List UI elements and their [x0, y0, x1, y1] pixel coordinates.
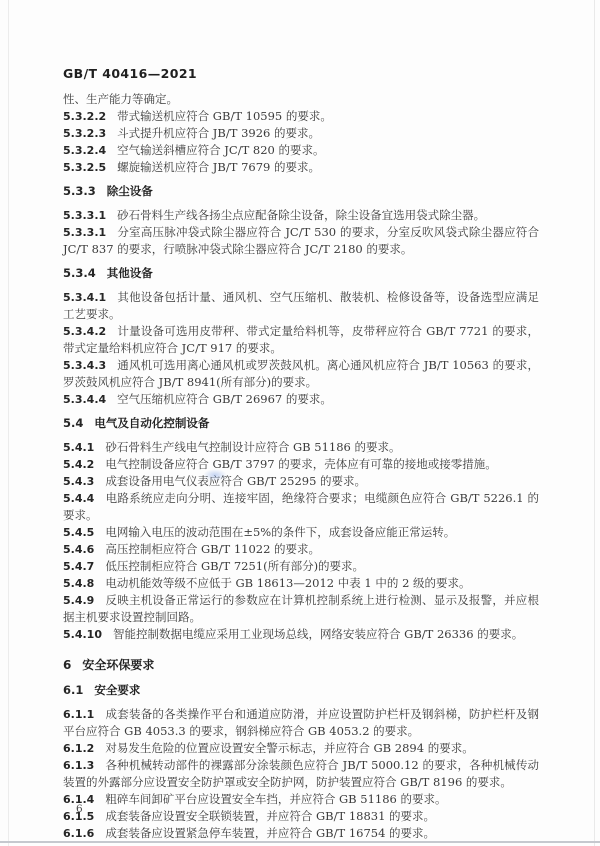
clause-text: 分室高压脉冲袋式除尘器应符合 JC/T 530 的要求，分室反吹风袋式除尘器应符… [63, 225, 539, 256]
clause-text: 计量设备可选用皮带秤、带式定量给料机等，皮带秤应符合 GB/T 7721 的要求… [63, 324, 539, 355]
clause-number: 5.4.7 [63, 560, 94, 573]
clause-text: 通风机可选用离心通风机或罗茨鼓风机。离心通风机应符合 JB/T 10563 的要… [63, 358, 539, 389]
clause: 5.4.8电动机能效等级不应低于 GB 18613—2012 中表 1 中的 2… [63, 575, 539, 592]
clause-number: 5.3.2.2 [63, 110, 106, 123]
scan-left-edge [8, 0, 9, 846]
clause-text: 空气压缩机应符合 GB/T 26967 的要求。 [117, 392, 332, 406]
clause-text: 除尘设备 [107, 184, 153, 198]
clause: 5.3.4.1其他设备包括计量、通风机、空气压缩机、散装机、检修设备等，设备选型… [63, 289, 539, 323]
clause-number: 5.4.4 [63, 492, 94, 505]
clause-text: 高压控制柜应符合 GB/T 11022 的要求。 [105, 542, 320, 556]
clause-text: 安全环保要求 [82, 658, 154, 672]
clause-number: 5.3.3 [63, 184, 96, 198]
clause-text: 对易发生危险的位置应设置安全警示标志，并应符合 GB 2894 的要求。 [105, 741, 473, 755]
clause: 6.1.5成套装备应设置安全联锁装置，并应符合 GB/T 18831 的要求。 [63, 808, 539, 825]
clause: 5.3.3.1砂石骨料生产线各扬尘点应配备除尘设备，除尘设备宜选用袋式除尘器。 [63, 207, 539, 224]
clause-text: 电气及自动化控制设备 [94, 416, 209, 430]
clause: 5.3.4.3通风机可选用离心通风机或罗茨鼓风机。离心通风机应符合 JB/T 1… [63, 357, 539, 391]
clause-number: 5.3.3.1 [63, 226, 106, 239]
clause: 5.4.9反映主机设备正常运行的参数应在计算机控制系统上进行检测、显示及报警，并… [63, 592, 539, 626]
clause-text: 各种机械转动部件的裸露部分涂装颜色应符合 JB/T 5000.12 的要求，各种… [63, 758, 539, 789]
clause-number: 5.4.10 [63, 628, 102, 641]
clause: 5.4.3成套设备用电气仪表应符合 GB/T 25295 的要求。 [63, 473, 539, 490]
clause: 性、生产能力等确定。 [63, 91, 539, 108]
clause-text: 成套装备应设置紧急停车装置，并应符合 GB/T 16754 的要求。 [105, 826, 435, 840]
clause-text: 成套装备的各类操作平台和通道应防滑，并应设置防护栏杆及钢斜梯，防护栏杆及钢平台应… [63, 707, 539, 738]
document-content: 性、生产能力等确定。5.3.2.2带式输送机应符合 GB/T 10595 的要求… [63, 91, 539, 842]
section-heading: 5.3.3除尘设备 [63, 183, 539, 200]
clause-text: 砂石骨料生产线电气控制设计应符合 GB 51186 的要求。 [105, 440, 400, 454]
clause-text: 其他设备包括计量、通风机、空气压缩机、散装机、检修设备等，设备选型应满足工艺要求… [63, 290, 539, 321]
clause-number: 5.3.4.3 [63, 359, 106, 372]
page-number: 6 [76, 803, 83, 815]
clause-number: 5.4.2 [63, 458, 94, 471]
clause-number: 6.1.2 [63, 742, 94, 755]
clause-text: 电路系统应走向分明、连接牢固，绝缘符合要求；电缆颜色应符合 GB/T 5226.… [63, 491, 539, 522]
clause-number: 5.4.9 [63, 594, 94, 607]
chapter-heading: 6安全环保要求 [63, 656, 539, 674]
clause-text: 粗碎车间卸矿平台应设置安全车挡，并应符合 GB 51186 的要求。 [105, 792, 446, 806]
clause: 5.3.2.5螺旋输送机应符合 JB/T 7679 的要求。 [63, 159, 539, 176]
clause-number: 5.4.1 [63, 441, 94, 454]
clause-number: 5.3.4.2 [63, 325, 106, 338]
clause: 5.3.4.2计量设备可选用皮带秤、带式定量给料机等，皮带秤应符合 GB/T 7… [63, 323, 539, 357]
clause: 6.1.2对易发生危险的位置应设置安全警示标志，并应符合 GB 2894 的要求… [63, 740, 539, 757]
clause: 5.4.10智能控制数据电缆应采用工业现场总线，网络安装应符合 GB/T 263… [63, 626, 539, 643]
clause-number: 5.3.2.3 [63, 127, 106, 140]
clause-number: 5.3.4.4 [63, 393, 106, 406]
clause: 5.4.4电路系统应走向分明、连接牢固，绝缘符合要求；电缆颜色应符合 GB/T … [63, 490, 539, 524]
clause: 5.3.2.3斗式提升机应符合 JB/T 3926 的要求。 [63, 125, 539, 142]
clause-number: 6.1.3 [63, 759, 94, 772]
clause: 5.4.6高压控制柜应符合 GB/T 11022 的要求。 [63, 541, 539, 558]
standard-number: GB/T 40416—2021 [63, 66, 197, 81]
clause-number: 6.1.1 [63, 708, 94, 721]
clause-text: 电网输入电压的波动范围在±5%的条件下，成套设备应能正常运转。 [105, 525, 455, 539]
clause-text: 安全要求 [94, 683, 140, 697]
scan-right-edge [594, 0, 595, 846]
clause-number: 5.3.4.1 [63, 291, 106, 304]
clause-text: 智能控制数据电缆应采用工业现场总线，网络安装应符合 GB/T 26336 的要求… [113, 627, 523, 641]
clause: 6.1.3各种机械转动部件的裸露部分涂装颜色应符合 JB/T 5000.12 的… [63, 757, 539, 791]
clause-number: 5.4.8 [63, 577, 94, 590]
clause: 5.3.4.4空气压缩机应符合 GB/T 26967 的要求。 [63, 391, 539, 408]
section-heading: 5.3.4其他设备 [63, 265, 539, 282]
clause: 5.3.2.4空气输送斜槽应符合 JC/T 820 的要求。 [63, 142, 539, 159]
clause-number: 5.3.3.1 [63, 209, 106, 222]
clause-text: 空气输送斜槽应符合 JC/T 820 的要求。 [117, 143, 324, 157]
clause-number: 6.1 [63, 683, 83, 697]
clause-text: 斗式提升机应符合 JB/T 3926 的要求。 [117, 126, 320, 140]
clause: 6.1.6成套装备应设置紧急停车装置，并应符合 GB/T 16754 的要求。 [63, 825, 539, 842]
clause: 5.4.1砂石骨料生产线电气控制设计应符合 GB 51186 的要求。 [63, 439, 539, 456]
clause: 5.4.5电网输入电压的波动范围在±5%的条件下，成套设备应能正常运转。 [63, 524, 539, 541]
clause: 6.1.4粗碎车间卸矿平台应设置安全车挡，并应符合 GB 51186 的要求。 [63, 791, 539, 808]
clause-text: 螺旋输送机应符合 JB/T 7679 的要求。 [117, 160, 320, 174]
clause-text: 电气控制设备应符合 GB/T 3797 的要求，壳体应有可靠的接地或接零措施。 [105, 457, 496, 471]
clause: 5.3.3.1分室高压脉冲袋式除尘器应符合 JC/T 530 的要求，分室反吹风… [63, 224, 539, 258]
clause-number: 6.1.6 [63, 827, 94, 840]
clause: 6.1.1成套装备的各类操作平台和通道应防滑，并应设置防护栏杆及钢斜梯，防护栏杆… [63, 706, 539, 740]
clause-text: 低压控制柜应符合 GB/T 7251(所有部分)的要求。 [105, 559, 364, 573]
clause-number: 5.4 [63, 416, 83, 430]
clause-number: 5.4.6 [63, 543, 94, 556]
clause-text: 砂石骨料生产线各扬尘点应配备除尘设备，除尘设备宜选用袋式除尘器。 [117, 208, 485, 222]
clause-text: 其他设备 [107, 266, 153, 280]
clause-text: 带式输送机应符合 GB/T 10595 的要求。 [117, 109, 332, 123]
clause-text: 电动机能效等级不应低于 GB 18613—2012 中表 1 中的 2 级的要求… [105, 576, 470, 590]
clause-number: 5.3.2.5 [63, 161, 106, 174]
clause-text: 成套装备应设置安全联锁装置，并应符合 GB/T 18831 的要求。 [105, 809, 435, 823]
section-heading: 5.4电气及自动化控制设备 [63, 415, 539, 432]
clause-number: 5.3.2.4 [63, 144, 106, 157]
clause-text: 反映主机设备正常运行的参数应在计算机控制系统上进行检测、显示及报警，并应根据主机… [63, 593, 539, 624]
clause-text: 性、生产能力等确定。 [63, 92, 178, 106]
clause: 5.4.7低压控制柜应符合 GB/T 7251(所有部分)的要求。 [63, 558, 539, 575]
section-heading: 6.1安全要求 [63, 682, 539, 699]
clause-number: 5.3.4 [63, 266, 96, 280]
clause-number: 5.4.5 [63, 526, 94, 539]
document-page: GB/T 40416—2021 性、生产能力等确定。5.3.2.2带式输送机应符… [0, 0, 600, 846]
clause-text: 成套设备用电气仪表应符合 GB/T 25295 的要求。 [105, 474, 366, 488]
clause-number: 6 [63, 658, 71, 672]
clause: 5.3.2.2带式输送机应符合 GB/T 10595 的要求。 [63, 108, 539, 125]
clause: 5.4.2电气控制设备应符合 GB/T 3797 的要求，壳体应有可靠的接地或接… [63, 456, 539, 473]
clause-number: 5.4.3 [63, 475, 94, 488]
